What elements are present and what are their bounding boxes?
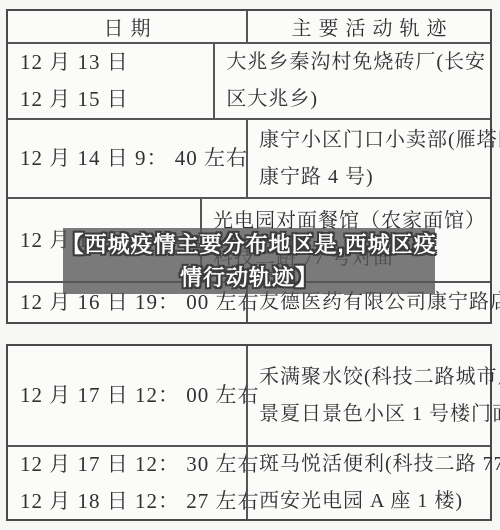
date-text: 12 月 17 日 12： 00 左右 — [20, 377, 246, 414]
activity-text: 西安光电园 A 座 1 楼) — [259, 483, 500, 520]
date-cell: 12 月 17 日 12： 00 左右 — [8, 346, 246, 445]
date-text: 12 月 18 日 12： 27 左右 — [20, 483, 246, 520]
date-cell: 12 月 17 日 12： 30 左右 12 月 18 日 12： 27 左右 — [8, 447, 246, 519]
activity-cell: 禾满聚水饺(科技二路城市风 景夏日景色小区 1 号楼门面) — [246, 346, 500, 445]
activity-text: 康宁小区门口小卖部(雁塔区 — [259, 122, 500, 159]
watermark-text-line1: 【西城疫情主要分布地区是,西城区疫 — [61, 228, 436, 261]
date-cell: 12 月 13 日 12 月 15 日 — [8, 44, 213, 118]
date-text: 12 月 15 日 — [20, 81, 213, 118]
date-cell: 12 月 14 日 9： 40 左右 — [8, 120, 246, 197]
date-column-header: 日期 — [8, 11, 246, 42]
activity-text: 斑马悦活便利(科技二路 77 号 — [259, 446, 500, 483]
activity-text: 大兆乡秦沟村免烧砖厂(长安 — [226, 44, 486, 81]
table-row: 12 月 17 日 12： 00 左右 禾满聚水饺(科技二路城市风 景夏日景色小… — [8, 346, 490, 445]
watermark-overlay: 【西城疫情主要分布地区是,西城区疫 情行动轨迹】 — [63, 228, 435, 294]
activity-text: 禾满聚水饺(科技二路城市风 — [259, 359, 500, 396]
watermark-text-line2: 情行动轨迹】 — [180, 261, 318, 294]
activity-cell: 斑马悦活便利(科技二路 77 号 西安光电园 A 座 1 楼) — [246, 447, 500, 519]
table-row: 12 月 13 日 12 月 15 日 大兆乡秦沟村免烧砖厂(长安 区大兆乡) — [8, 42, 490, 118]
activity-cell: 大兆乡秦沟村免烧砖厂(长安 区大兆乡) — [213, 44, 490, 118]
activity-text: 区大兆乡) — [226, 81, 486, 118]
activity-text: 康宁路 4 号) — [259, 159, 500, 196]
date-text: 12 月 14 日 9： 40 左右 — [20, 140, 246, 177]
trajectory-table-lower: 12 月 17 日 12： 00 左右 禾满聚水饺(科技二路城市风 景夏日景色小… — [6, 344, 492, 521]
screenshot-root: 日期 主要活动轨迹 12 月 13 日 12 月 15 日 大兆乡秦沟村免烧砖厂… — [0, 0, 500, 530]
activity-column-label: 主要活动轨迹 — [285, 12, 454, 41]
activity-cell: 康宁小区门口小卖部(雁塔区 康宁路 4 号) — [246, 120, 500, 197]
activity-column-header: 主要活动轨迹 — [246, 11, 490, 42]
date-text: 12 月 13 日 — [20, 44, 213, 81]
header-row: 日期 主要活动轨迹 — [8, 11, 490, 42]
table-row: 12 月 17 日 12： 30 左右 12 月 18 日 12： 27 左右 … — [8, 445, 490, 519]
activity-text: 景夏日景色小区 1 号楼门面) — [259, 396, 500, 433]
table-row: 12 月 14 日 9： 40 左右 康宁小区门口小卖部(雁塔区 康宁路 4 号… — [8, 118, 490, 197]
date-text: 12 月 17 日 12： 30 左右 — [20, 446, 246, 483]
date-column-label: 日期 — [97, 12, 158, 41]
